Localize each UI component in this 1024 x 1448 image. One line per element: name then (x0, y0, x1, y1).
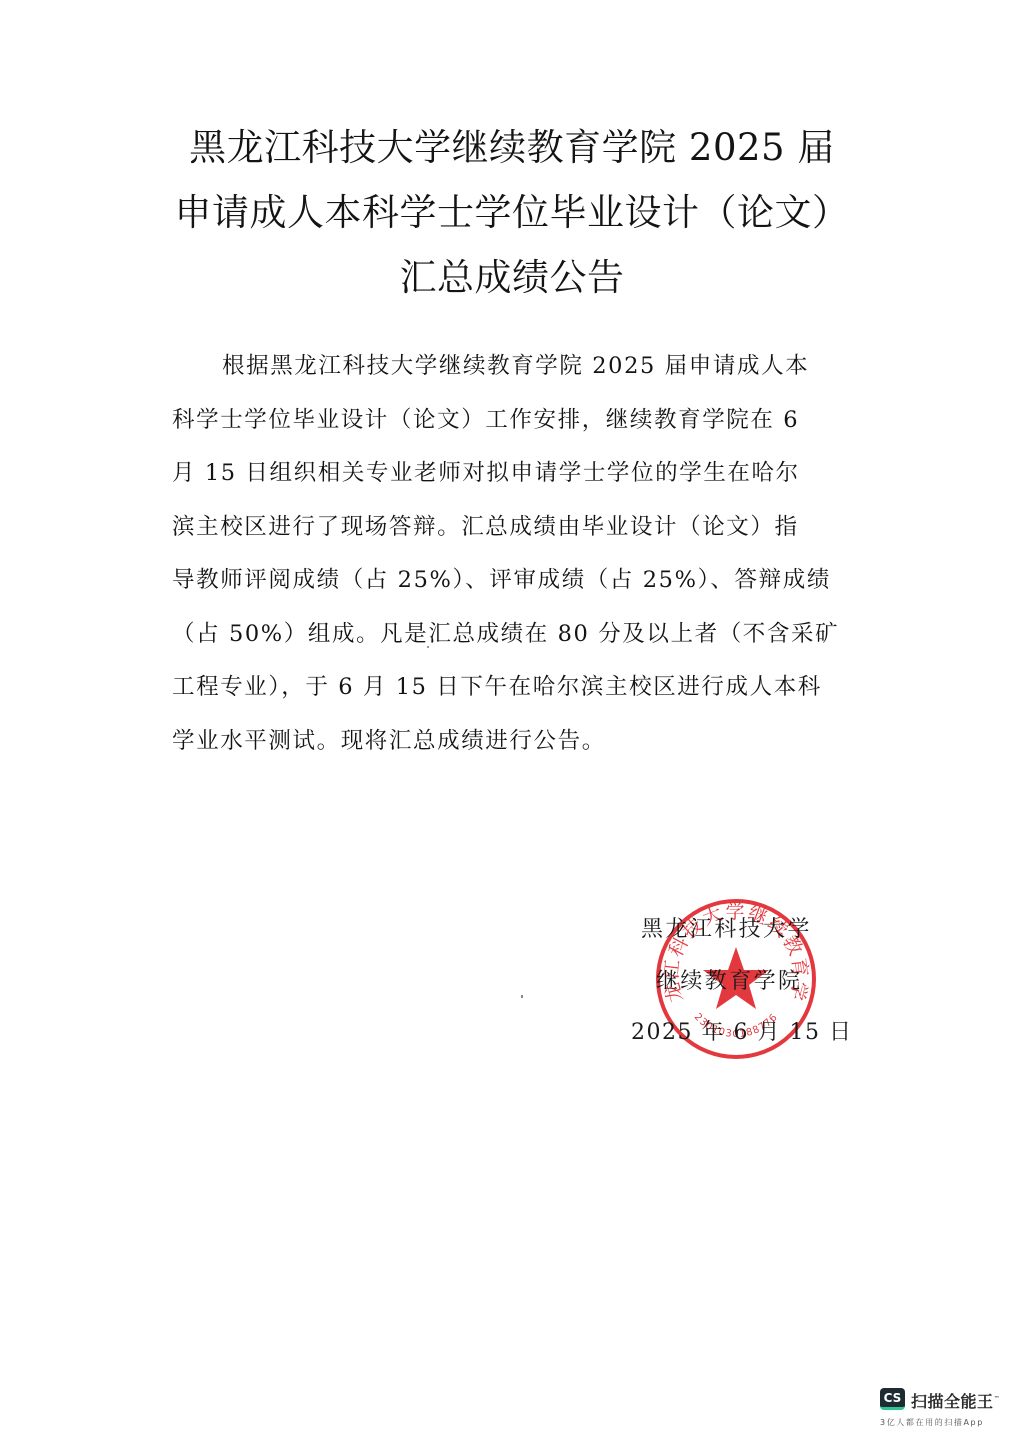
body-line: 月 15 日组织相关专业老师对拟申请学士学位的学生在哈尔 (172, 447, 844, 501)
signature-university: 黑龙江科技大学 (641, 917, 812, 943)
camscanner-logo-icon: CS (880, 1388, 905, 1410)
scan-speck (521, 995, 523, 998)
camscanner-watermark: CS 扫描全能王™ 3亿人都在用的扫描App (880, 1388, 1020, 1444)
body-line: 根据黑龙江科技大学继续教育学院 2025 届申请成人本 (172, 340, 844, 394)
body-line: 滨主校区进行了现场答辩。汇总成绩由毕业设计（论文）指 (172, 501, 844, 555)
document-title-line-3: 汇总成绩公告 (0, 258, 1024, 298)
document-title-line-1: 黑龙江科技大学继续教育学院 2025 届 (0, 128, 1024, 168)
watermark-app-name: 扫描全能王™ (911, 1389, 1000, 1412)
body-line: 科学士学位毕业设计（论文）工作安排，继续教育学院在 6 (172, 394, 844, 448)
body-line: 导教师评阅成绩（占 25%）、评审成绩（占 25%）、答辩成绩 (172, 554, 844, 608)
body-line: （占 50%）组成。凡是汇总成绩在 80 分及以上者（不含采矿 (172, 608, 844, 662)
body-paragraph: 根据黑龙江科技大学继续教育学院 2025 届申请成人本 科学士学位毕业设计（论文… (172, 340, 844, 768)
signature-college: 继续教育学院 (656, 969, 802, 995)
watermark-tagline: 3亿人都在用的扫描App (880, 1417, 984, 1428)
body-line: 学业水平测试。现将汇总成绩进行公告。 (172, 715, 844, 769)
document-title-line-2: 申请成人本科学士学位毕业设计（论文） (0, 193, 1024, 233)
body-line: 工程专业），于 6 月 15 日下午在哈尔滨主校区进行成人本科 (172, 661, 844, 715)
scan-speck (427, 646, 429, 648)
signature-date: 2025 年 6 月 15 日 (631, 1020, 852, 1046)
